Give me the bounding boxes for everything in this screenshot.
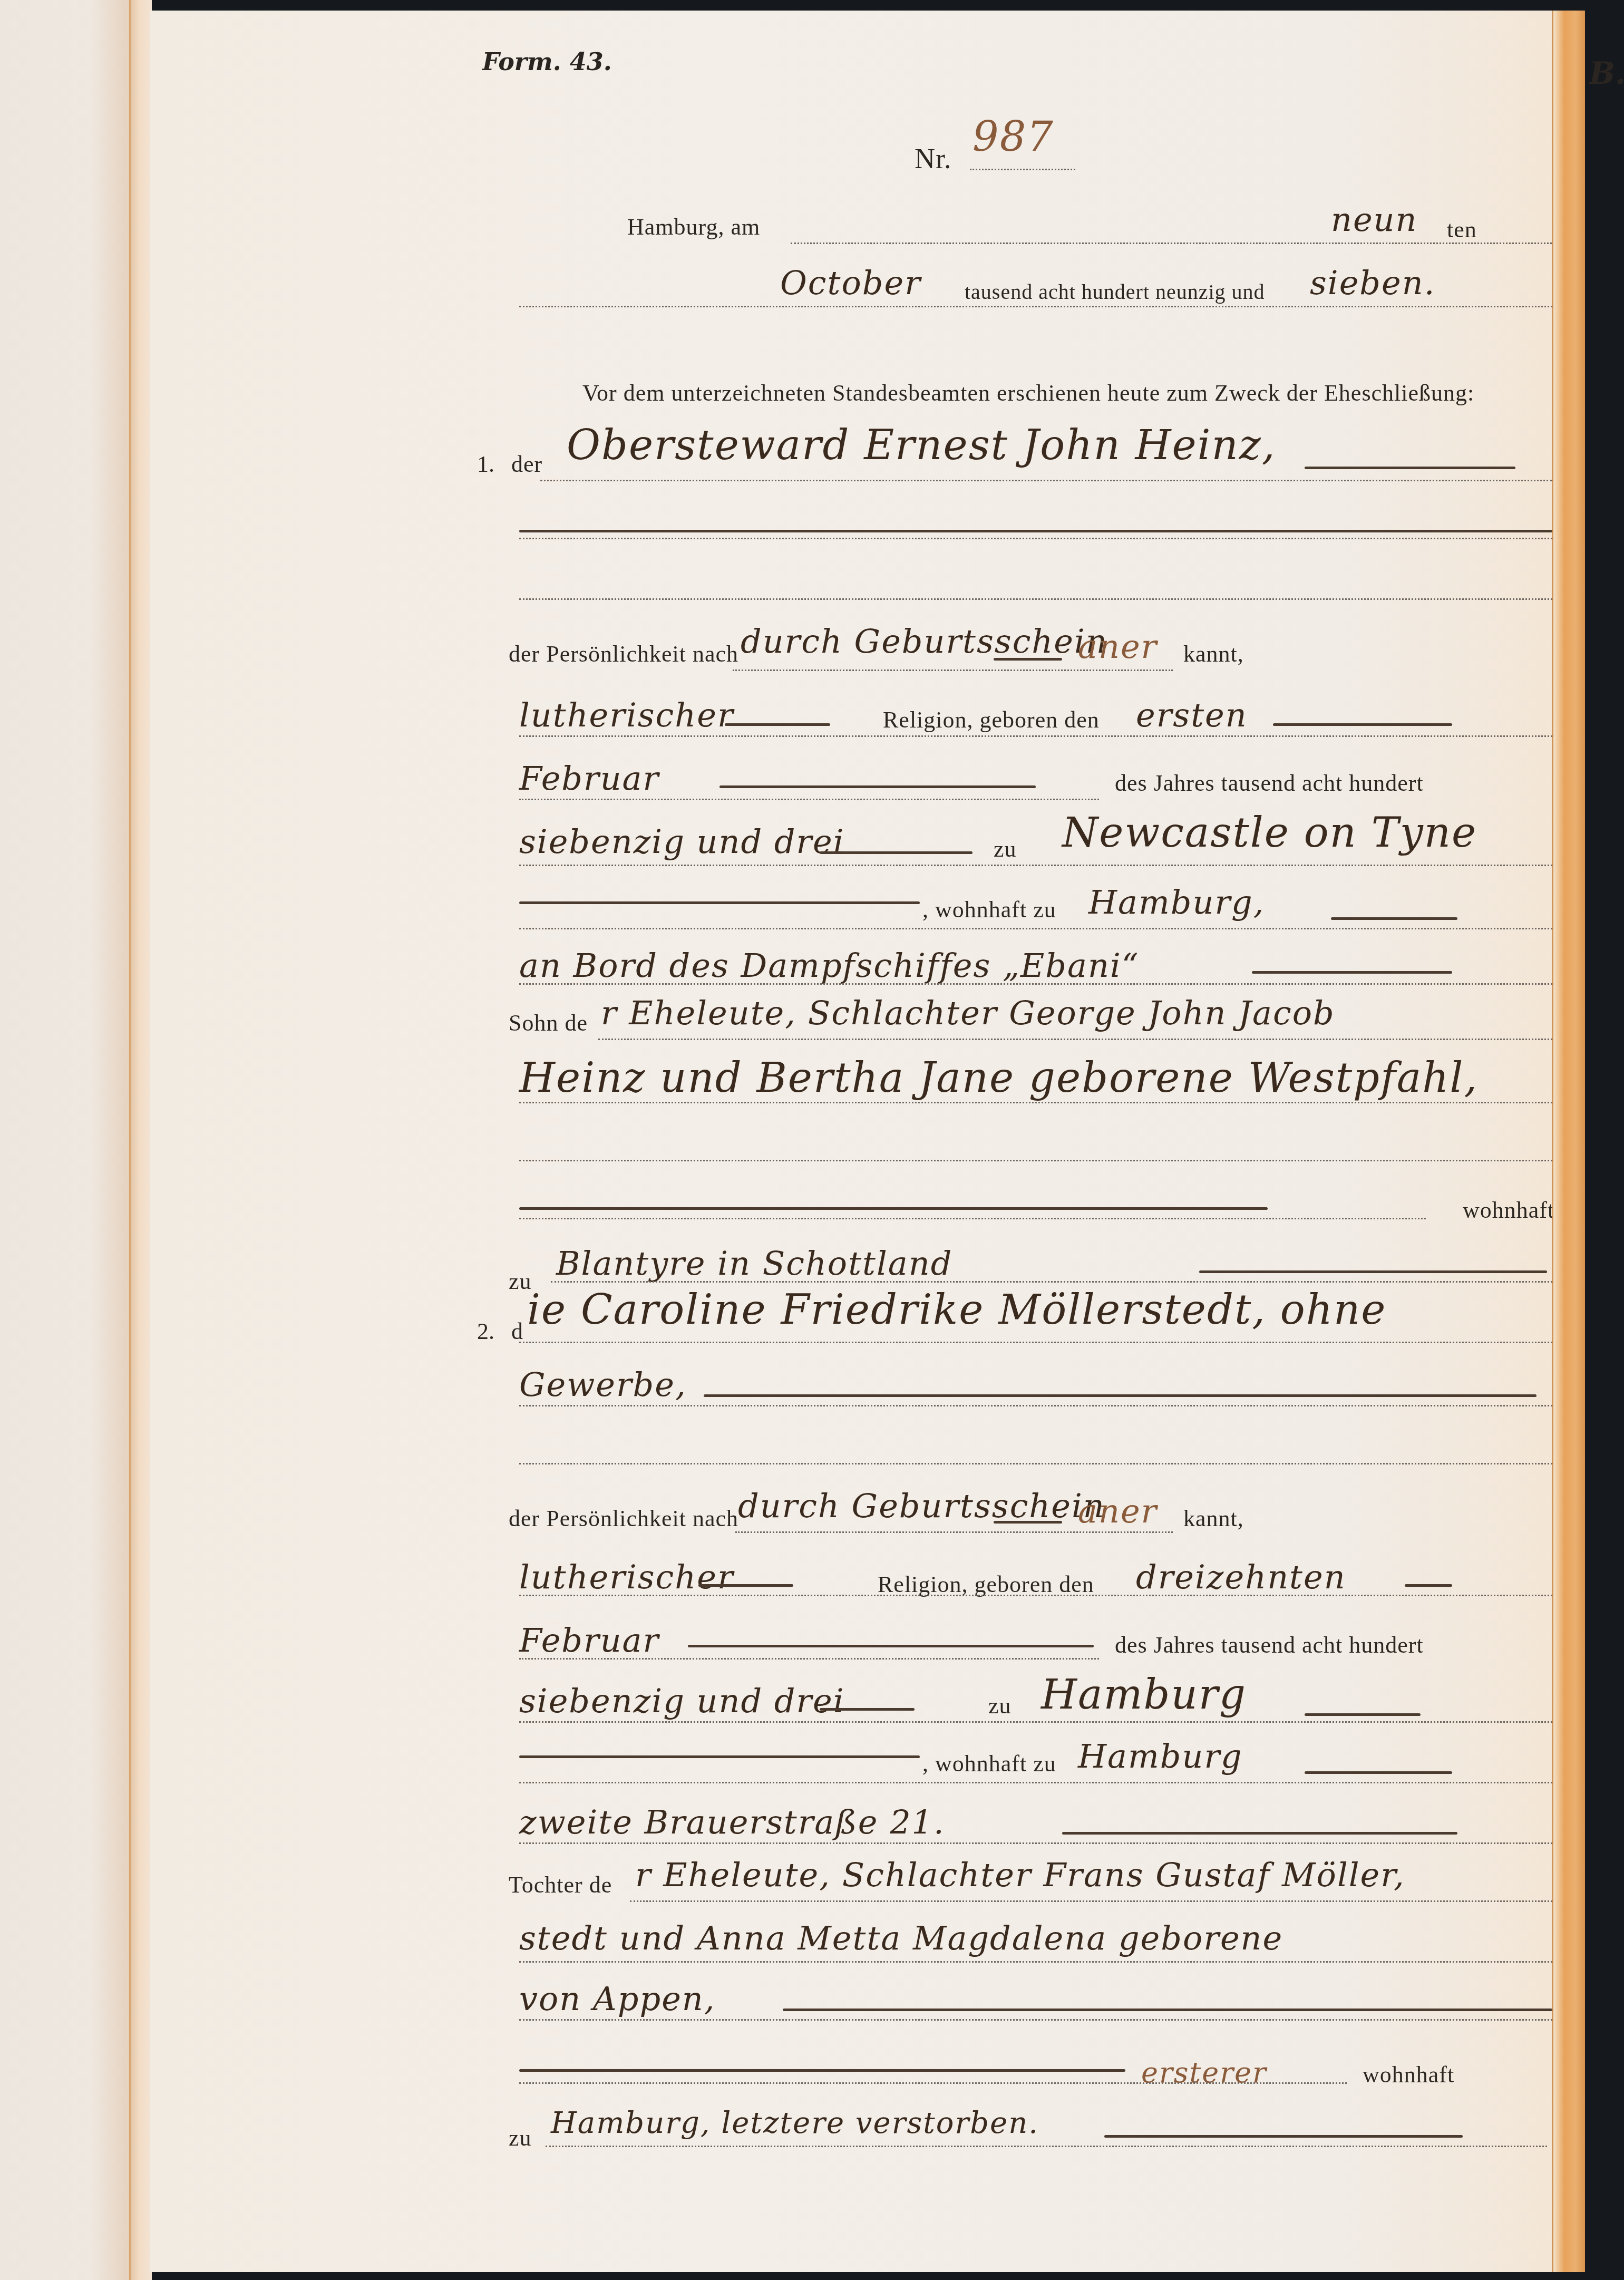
bride-birth-day-dash [1405,1584,1452,1587]
bride-parents-line3-dash [783,2009,1552,2011]
groom-parents-line1-rule [598,1039,1552,1040]
groom-blank-dash-1 [519,530,1552,532]
groom-article: der [511,451,542,478]
bride-residence-dash-a [519,1755,920,1758]
bride-residence-label: , wohnhaft zu [922,1750,1056,1777]
bride-parents-status-line [519,2082,1347,2084]
bride-identity-value: durch Geburtsschein [738,1487,1105,1525]
groom-identity-label: der Persönlichkeit nach [509,641,738,667]
groom-parents-residence-dash [519,1207,1268,1210]
bride-religion-label: Religion, geboren den [878,1571,1094,1598]
groom-name-dash [1305,467,1515,469]
bride-identity-line [735,1531,1173,1533]
groom-parents-residence-line-b [551,1281,1552,1283]
groom-blank-line-2 [519,598,1552,600]
bride-birth-line [519,1721,1552,1723]
groom-identity-value: durch Geburtsschein [741,622,1108,661]
bride-birth-month-dash [688,1645,1094,1647]
groom-blank-line-1 [519,538,1552,539]
groom-birth-place: Newcastle on Tyne [1062,809,1477,857]
groom-residence: Hamburg, [1088,883,1265,921]
bride-identity-suffix-hand: aner [1078,1492,1158,1530]
bride-residence-line [519,1782,1552,1783]
bride-parents-residence: Hamburg, letztere verstorben. [551,2106,1039,2140]
bride-residence-detail-line [519,1842,1552,1844]
bride-residence-detail: zweite Brauerstraße 21. [519,1803,945,1841]
bride-birth-year: siebenzig und drei [519,1682,845,1720]
groom-birth-day: ersten [1136,696,1248,734]
bride-parents-label: Tochter de [509,1871,612,1898]
form-letter: B. [1589,55,1624,91]
bride-identity-dash [994,1521,1062,1524]
groom-birth-month-dash [719,785,1036,788]
bride-parents-line1-rule [630,1900,1552,1902]
bride-residence: Hamburg [1078,1737,1243,1776]
bride-religion: lutherischer [519,1558,734,1596]
date-day: neun [1331,200,1417,239]
bride-residence-dash-b [1305,1771,1452,1774]
bride-religion-dash [698,1584,793,1587]
groom-parents-residence: Blantyre in Schottland [556,1244,952,1283]
groom-birth-month-line [519,799,1099,800]
bride-parents-status-dash [519,2069,1125,2072]
bride-occupation-line [519,1405,1552,1406]
bride-religion-line [519,1595,1552,1596]
page-edge [1552,11,1585,2272]
bride-identity-suffix: kannt, [1183,1505,1244,1532]
bride-birth-place: Hamburg [1041,1671,1247,1719]
bride-occupation: Gewerbe, [519,1365,687,1404]
groom-parents-residence-line-a [519,1218,1426,1219]
bride-parents-residence-label: wohnhaft [1363,2061,1454,2088]
register-page: Form. 43. B. Nr. 987 Hamburg, am neun te… [150,11,1552,2272]
bride-parents-residence-line [546,2146,1547,2147]
groom-birth-year: siebenzig und drei [519,822,845,861]
groom-residence-detail: an Bord des Dampfschiffes „Ebani“ [519,946,1139,985]
groom-residence-dash-a [519,901,920,904]
bride-residence-detail-dash [1062,1832,1457,1835]
date-place-label: Hamburg, am [627,214,760,240]
groom-name: Obersteward Ernest John Heinz, [567,422,1276,469]
groom-residence-detail-line [519,983,1552,985]
groom-name-line [540,480,1552,481]
groom-birth-year-label: des Jahres tausend acht hundert [1115,770,1424,797]
book-gutter [129,0,152,2280]
left-page-sliver [0,0,129,2280]
groom-parents-line2: Heinz und Bertha Jane geborene Westpfahl… [519,1054,1478,1102]
record-number-line [970,169,1075,170]
groom-parents-line1: r Eheleute, Schlachter George John Jacob [601,994,1335,1032]
bride-birth-month-line [519,1658,1099,1660]
groom-religion-dash [725,723,830,726]
groom-religion-line [519,735,1552,737]
groom-religion: lutherischer [519,696,734,734]
bride-birth-day: dreizehnten [1136,1558,1346,1596]
bride-birth-year-label: des Jahres tausend acht hundert [1115,1632,1424,1658]
bride-parents-residence-dash [1104,2135,1463,2138]
bride-parents-status: ersterer [1141,2056,1267,2089]
intro-text: Vor dem unterzeichneten Standesbeamten e… [582,380,1474,406]
groom-parents-blank-line [519,1160,1552,1161]
form-number: Form. 43. [482,47,612,76]
record-label: Nr. [915,142,952,175]
date-year-text: tausend acht hundert neunzig und [965,279,1265,304]
bride-occupation-dash [704,1394,1537,1397]
groom-parents-label: Sohn de [509,1010,588,1036]
groom-birth-day-dash [1273,723,1452,726]
groom-identity-suffix: kannt, [1183,641,1244,667]
date-month-line [519,306,1552,307]
date-month: October [780,264,921,302]
bride-number: 2. [477,1318,494,1345]
groom-residence-label: , wohnhaft zu [922,896,1056,923]
date-day-suffix: ten [1447,216,1477,243]
groom-birth-month: Februar [519,759,659,798]
bride-birth-place-dash [1305,1713,1421,1716]
groom-birth-line [519,865,1552,866]
date-year-end: sieben. [1310,264,1435,302]
bride-blank-line [519,1463,1552,1464]
bride-article: d [511,1318,523,1345]
groom-residence-line [519,928,1552,929]
groom-birth-place-label: zu [994,836,1017,862]
groom-parents-line2-rule [519,1102,1552,1103]
bride-birth-year-dash [820,1708,915,1711]
groom-residence-detail-dash [1252,971,1452,974]
groom-parents-residence-dash-b [1199,1270,1547,1273]
bride-birth-place-label: zu [988,1692,1012,1719]
bride-parents-line3-rule [519,2019,1552,2021]
bride-name: ie Caroline Friedrike Möllerstedt, ohne [527,1286,1386,1334]
groom-parents-residence-label: wohnhaft [1463,1197,1554,1224]
groom-number: 1. [477,451,494,478]
bride-parents-line2: stedt und Anna Metta Magdalena geborene [519,1919,1283,1957]
bride-parents-line1: r Eheleute, Schlachter Frans Gustaf Möll… [635,1856,1405,1894]
groom-identity-suffix-hand: aner [1078,627,1158,666]
bride-parents-line2-rule [519,1961,1552,1963]
bride-parents-residence-prefix: zu [509,2124,532,2151]
bride-birth-month: Februar [519,1621,659,1660]
groom-identity-dash [994,658,1062,661]
groom-residence-dash-b [1331,917,1457,920]
groom-birth-year-dash [820,851,973,854]
bride-parents-line3: von Appen, [519,1980,715,2018]
record-number: 987 [973,113,1054,161]
bride-identity-label: der Persönlichkeit nach [509,1505,738,1532]
groom-religion-label: Religion, geboren den [883,706,1100,733]
bride-name-line [519,1342,1552,1343]
date-day-line [791,242,1555,244]
groom-identity-line [733,670,1173,671]
